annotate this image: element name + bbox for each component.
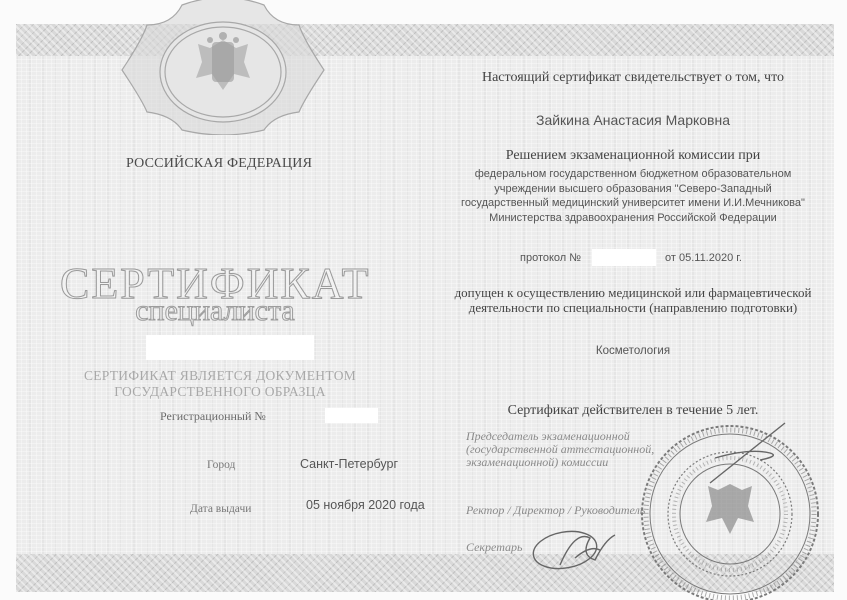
secretary-signature-icon [520,520,630,580]
decision-line: Решением экзаменационной комиссии при [450,148,816,164]
validity-statement: Сертификат действителен в течение 5 лет. [450,403,816,419]
issue-date-value: 05 ноября 2020 года [306,498,425,512]
secretary-label: Секретарь [466,540,522,555]
protocol-label: протокол № [520,252,581,264]
registration-number-label: Регистрационный № [160,409,266,424]
holder-name: Зайкина Анастасия Марковна [450,112,816,128]
protocol-line: протокол № от 05.11.2020 г. [520,252,581,264]
issue-date-label: Дата выдачи [190,503,251,515]
certificate-subtitle: специалиста [60,294,370,328]
coat-of-arms-emblem-icon [112,0,334,135]
specialty-value: Косметология [450,345,816,357]
state-document-line-2: ГОСУДАРСТВЕННОГО ОБРАЗЦА [60,384,380,400]
admission-text: допущен к осуществлению медицинской или … [450,285,816,315]
protocol-date: от 05.11.2020 г. [665,252,742,264]
issuing-organization: федеральном государственном бюджетном об… [450,167,816,225]
chair-signature-icon [700,418,810,488]
protocol-number-redacted [592,249,656,266]
city-label: Город [207,459,235,471]
country-label: РОССИЙСКАЯ ФЕДЕРАЦИЯ [126,156,312,172]
registration-number-redacted [325,408,378,423]
certificate-number-redacted [146,335,314,360]
certificate-heading: Настоящий сертификат свидетельствует о т… [450,70,816,86]
state-document-line-1: СЕРТИФИКАТ ЯВЛЯЕТСЯ ДОКУМЕНТОМ [60,368,380,384]
city-value: Санкт-Петербург [300,457,398,471]
rector-label: Ректор / Директор / Руководитель [466,503,645,518]
